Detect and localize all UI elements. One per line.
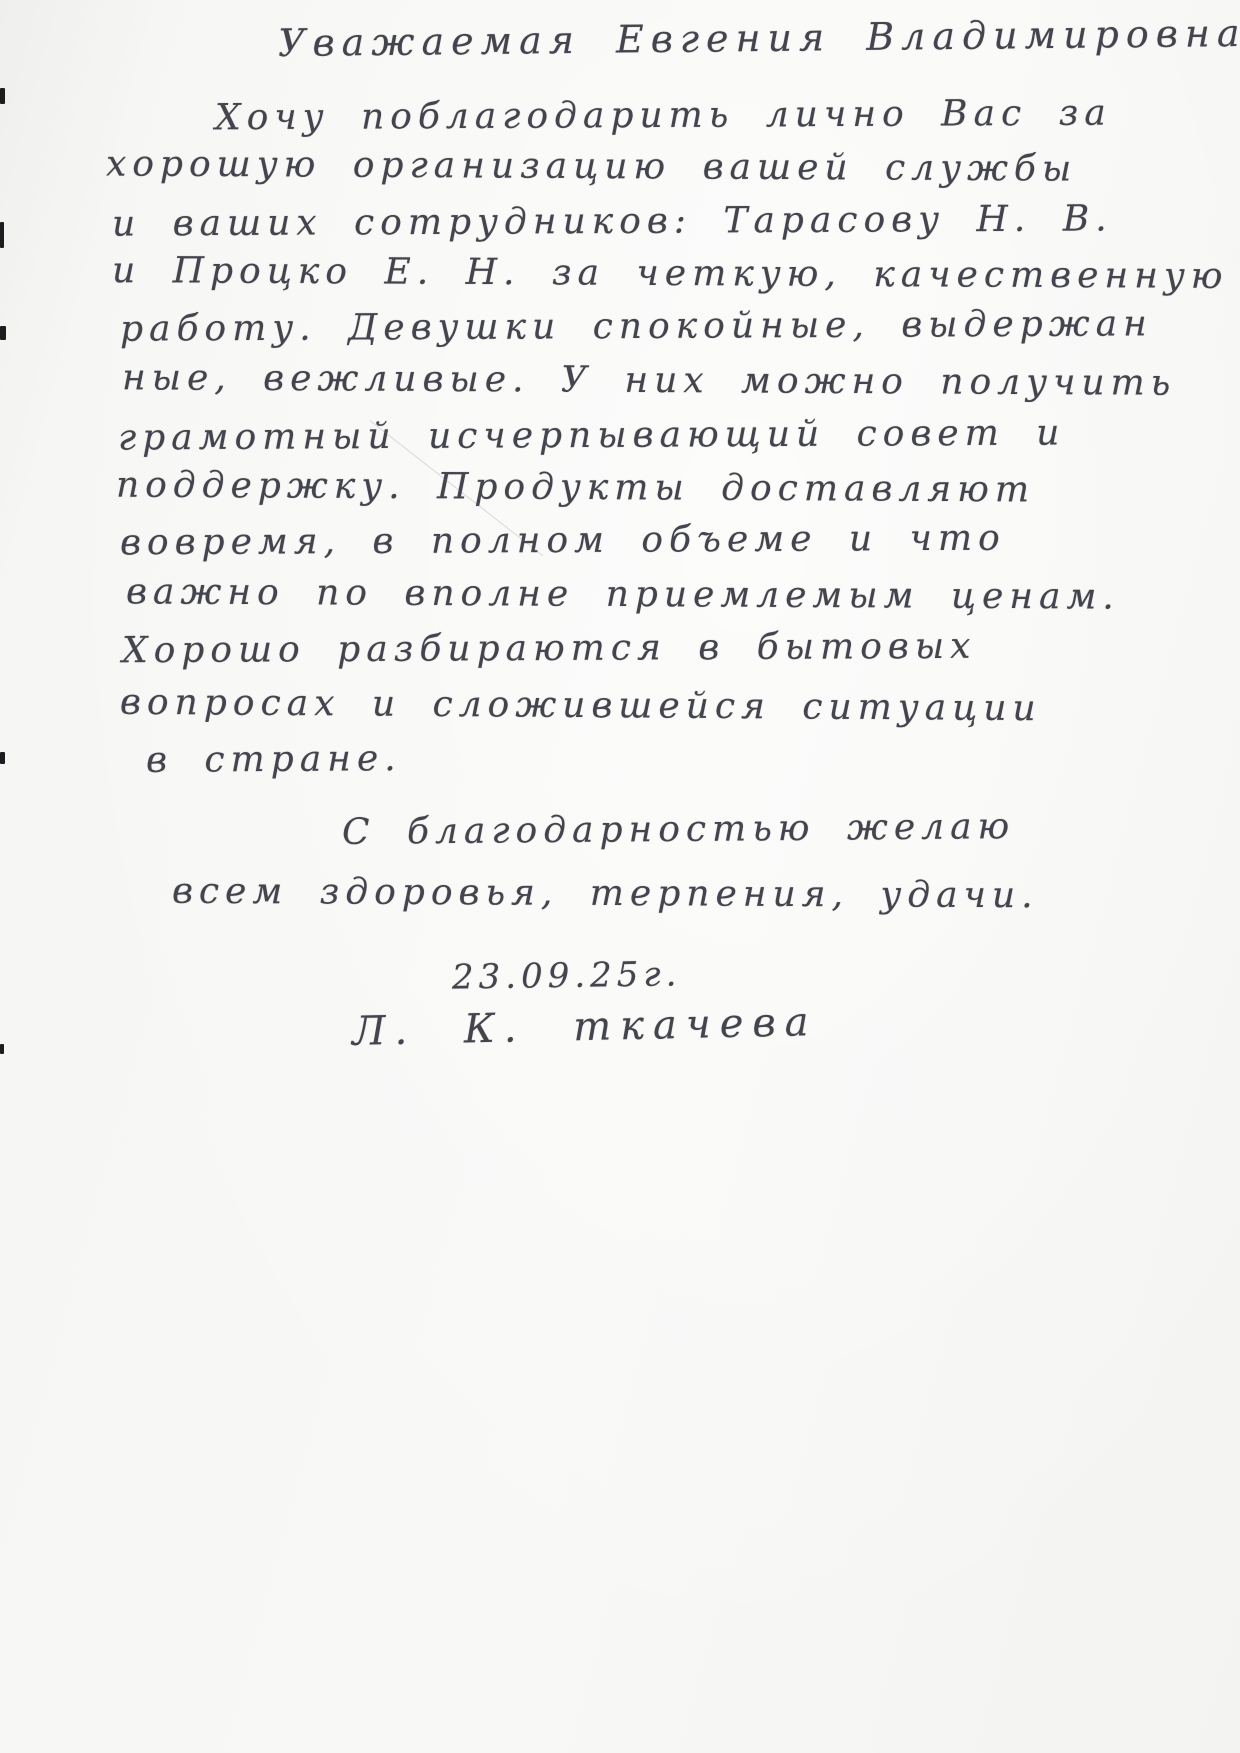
closing-line: С благодарностью желаю (342, 807, 1016, 852)
body-line: и Процко Е. Н. за четкую, качественную (112, 251, 1229, 296)
date-line: 23.09.25г. (452, 956, 682, 997)
scanned-letter-page: Уважаемая Евгения Владимировна Хочу побл… (0, 0, 1240, 1753)
closing-line: всем здоровья, терпения, удачи. (172, 872, 1039, 916)
body-line: работу. Девушки спокойные, выдержан (120, 304, 1153, 349)
body-line: грамотный исчерпывающий совет и (118, 414, 1066, 459)
scan-artifact (0, 1044, 4, 1054)
body-line: ные, вежливые. У них можно получить (122, 358, 1177, 403)
body-line: вовремя, в полном объеме и что (120, 519, 1006, 563)
scan-artifact (0, 752, 5, 764)
salutation-line: Уважаемая Евгения Владимировна (278, 13, 1240, 65)
body-line: Хорошо разбираются в бытовых (122, 627, 977, 671)
body-line: Хочу поблагодарить лично Вас за (215, 94, 1112, 138)
body-line: поддержку. Продукты доставляют (116, 466, 1035, 510)
signature-line: Л. К. ткачева (352, 1000, 818, 1054)
scan-artifact (0, 222, 4, 248)
scan-artifact (0, 88, 5, 104)
body-line: вопросах и сложившейся ситуации (120, 683, 1042, 729)
scan-artifact (0, 326, 6, 340)
body-line: в стране. (146, 739, 402, 780)
body-line: важно по вполне приемлемым ценам. (126, 572, 1120, 617)
body-line: и ваших сотрудников: Тарасову Н. В. (112, 199, 1113, 244)
body-line: хорошую организацию вашей службы (106, 144, 1077, 189)
